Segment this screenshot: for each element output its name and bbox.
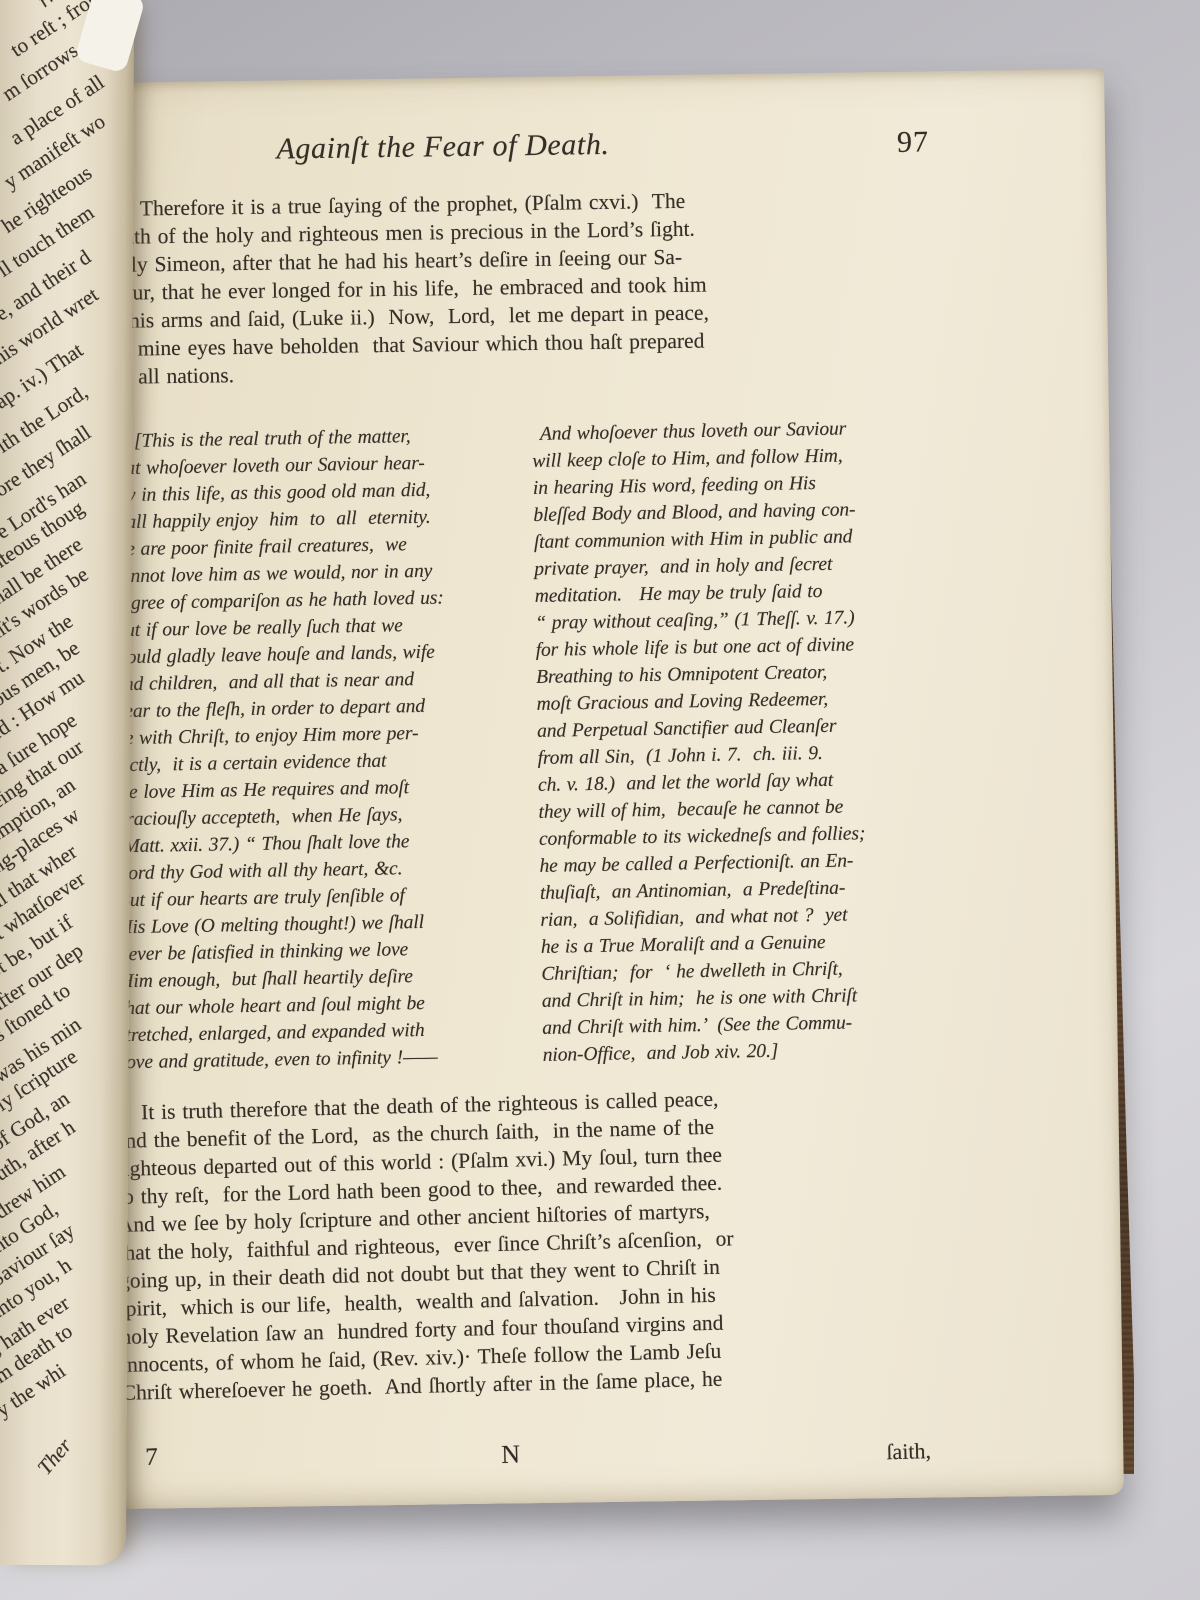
book-photo: rmon to reſt ; from m ſorrows and a plac… bbox=[0, 0, 1200, 1600]
running-head: Againſt the Fear of Death. 97 bbox=[103, 123, 934, 179]
left-page-text-fragment: Ther bbox=[32, 1434, 77, 1480]
page-footer: 7 N ſaith, bbox=[121, 1421, 952, 1484]
bracket-right-column: And whoſoever thus loveth our Saviour wi… bbox=[532, 414, 943, 1069]
running-title: Againſt the Fear of Death. bbox=[103, 125, 783, 168]
signature-mark: N bbox=[501, 1439, 521, 1470]
press-figure: 7 bbox=[145, 1444, 158, 1472]
left-page-edge: rmon to reſt ; from m ſorrows and a plac… bbox=[0, 0, 134, 1565]
page-number: 97 bbox=[897, 125, 929, 159]
bracketed-commentary: [This is the real truth of the matter, t… bbox=[110, 414, 943, 1076]
opening-paragraph: Therefore it is a true ſaying of the pro… bbox=[104, 183, 947, 391]
book-page: Againſt the Fear of Death. 97 Therefore … bbox=[88, 69, 1124, 1509]
catchword: ſaith, bbox=[886, 1438, 931, 1465]
closing-paragraph: It is truth therefore that the death of … bbox=[115, 1079, 962, 1407]
bracket-left-column: [This is the real truth of the matter, t… bbox=[110, 421, 521, 1076]
